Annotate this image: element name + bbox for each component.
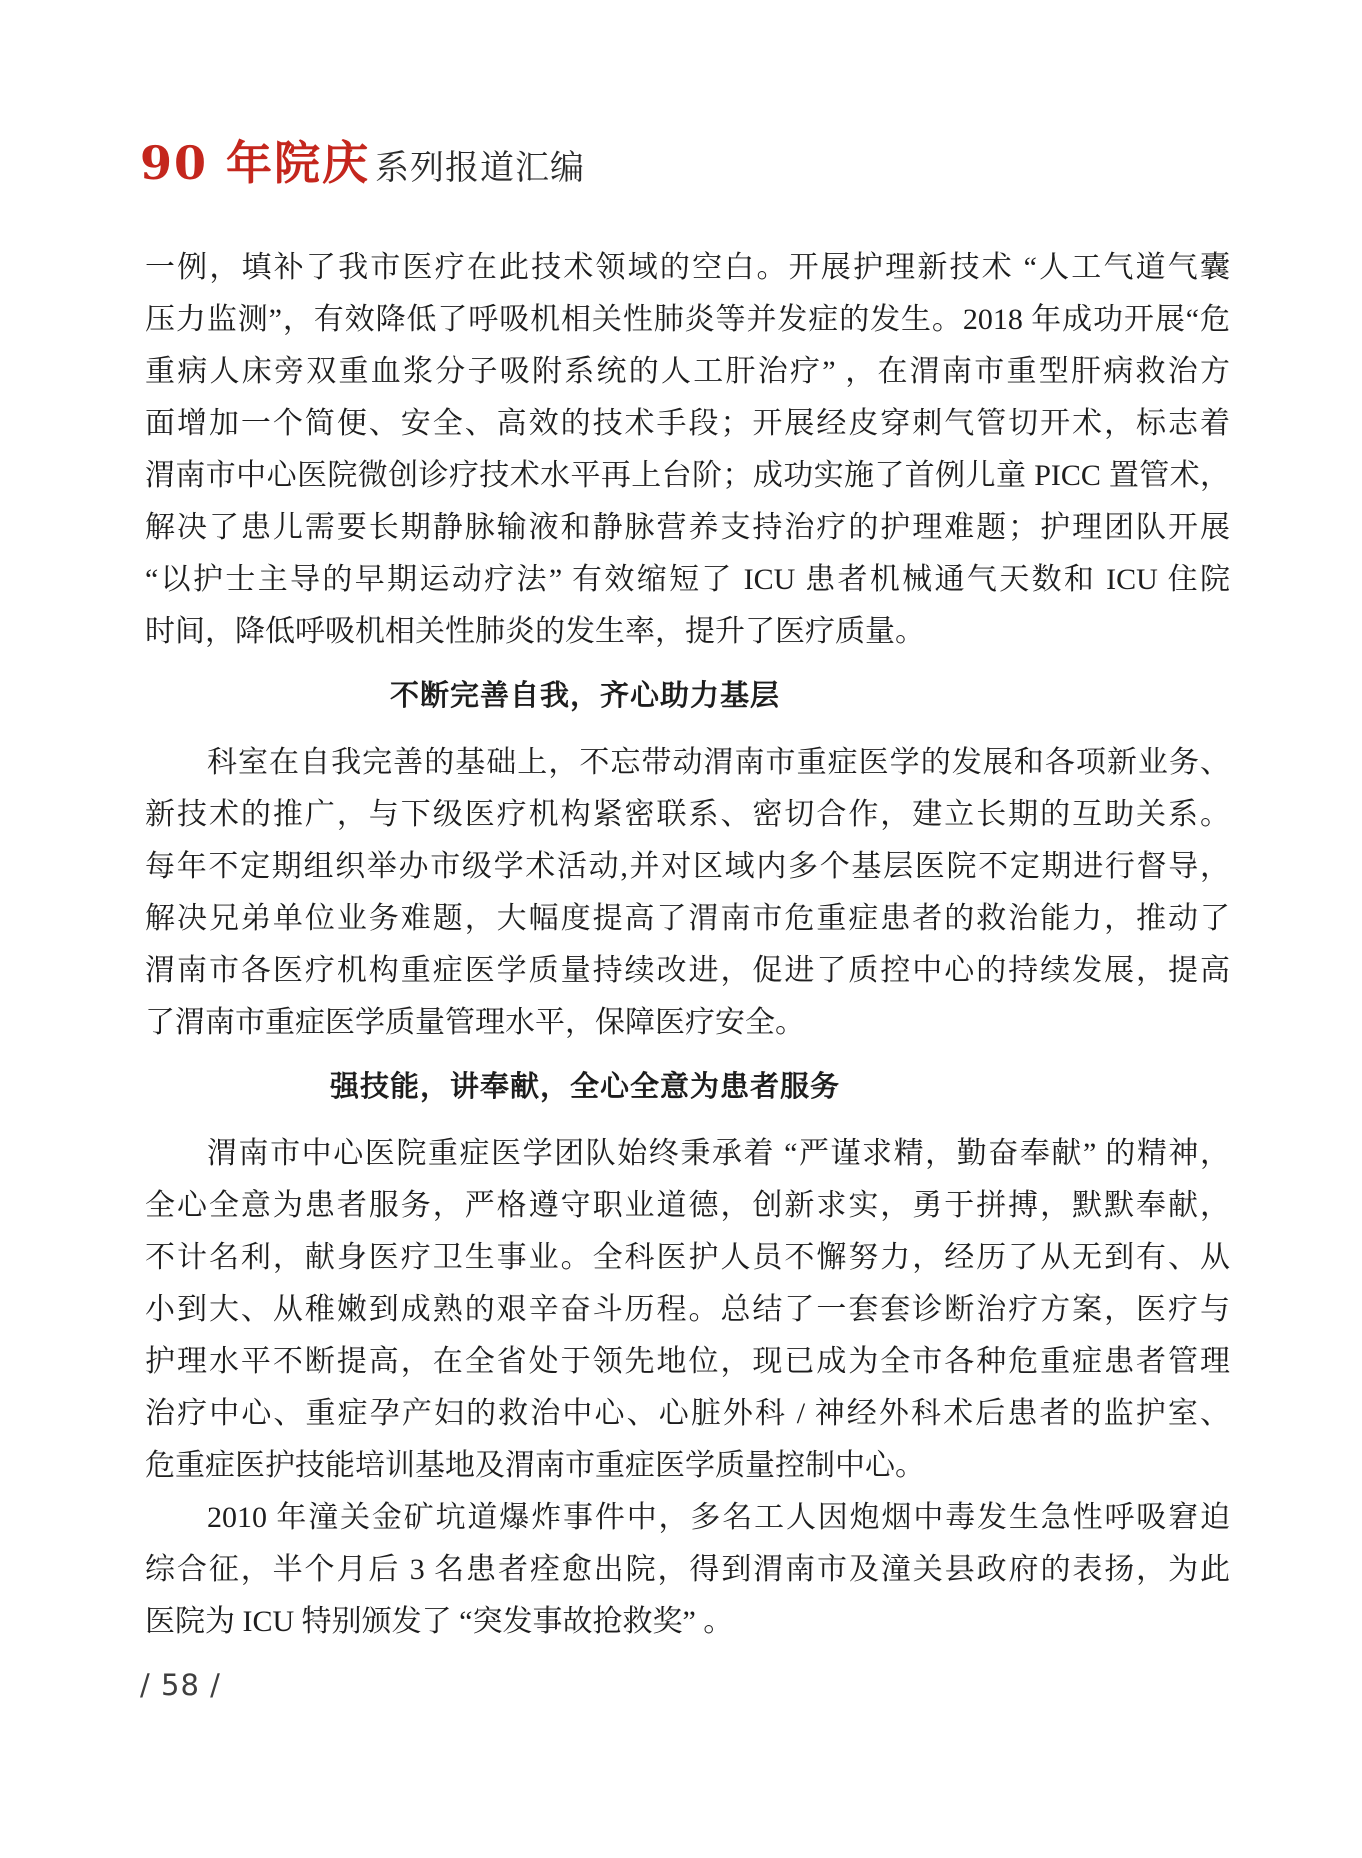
document-page: 90 年院庆 系列报道汇编 一例，填补了我市医疗在此技术领域的空白。开展护理新技…: [0, 0, 1362, 1858]
text-line: 综合征，半个月后 3 名患者痊愈出院，得到渭南市及潼关县政府的表扬，为此: [145, 1544, 1230, 1596]
text-line: 不计名利，献身医疗卫生事业。全科医护人员不懈努力，经历了从无到有、从: [145, 1232, 1230, 1284]
text-line: “以护士主导的早期运动疗法” 有效缩短了 ICU 患者机械通气天数和 ICU 住…: [145, 554, 1230, 606]
text-line: 危重症医护技能培训基地及渭南市重症医学质量控制中心。: [145, 1440, 1230, 1492]
anniversary-logo-text: 90 年院庆: [140, 138, 370, 189]
text-line: 护理水平不断提高，在全省处于领先地位，现已成为全市各种危重症患者管理: [145, 1336, 1230, 1388]
section-heading: 不断完善自我，齐心助力基层: [145, 670, 1025, 722]
article-body: 一例，填补了我市医疗在此技术领域的空白。开展护理新技术 “人工气道气囊压力监测”…: [145, 242, 1230, 1648]
page-header: 90 年院庆 系列报道汇编: [140, 138, 585, 189]
paragraph: 渭南市中心医院重症医学团队始终秉承着 “严谨求精，勤奋奉献” 的精神，全心全意为…: [145, 1128, 1230, 1492]
text-line: 医院为 ICU 特别颁发了 “突发事故抢救奖” 。: [145, 1596, 1230, 1648]
text-line: 渭南市各医疗机构重症医学质量持续改进，促进了质控中心的持续发展，提高: [145, 945, 1230, 997]
text-line: 渭南市中心医院重症医学团队始终秉承着 “严谨求精，勤奋奉献” 的精神，: [145, 1128, 1230, 1180]
text-line: 了渭南市重症医学质量管理水平，保障医疗安全。: [145, 997, 1230, 1049]
paragraph: 科室在自我完善的基础上，不忘带动渭南市重症医学的发展和各项新业务、新技术的推广，…: [145, 737, 1230, 1049]
section-heading: 强技能，讲奉献，全心全意为患者服务: [145, 1061, 1025, 1113]
text-line: 解决兄弟单位业务难题，大幅度提高了渭南市危重症患者的救治能力，推动了: [145, 893, 1230, 945]
text-line: 面增加一个简便、安全、高效的技术手段；开展经皮穿刺气管切开术，标志着: [145, 398, 1230, 450]
text-line: 解决了患儿需要长期静脉输液和静脉营养支持治疗的护理难题；护理团队开展: [145, 502, 1230, 554]
text-line: 每年不定期组织举办市级学术活动,并对区域内多个基层医院不定期进行督导，: [145, 841, 1230, 893]
text-line: 压力监测”，有效降低了呼吸机相关性肺炎等并发症的发生。2018 年成功开展“危: [145, 294, 1230, 346]
page-number: / 58 /: [140, 1668, 221, 1702]
series-title: 系列报道汇编: [375, 140, 585, 189]
text-line: 科室在自我完善的基础上，不忘带动渭南市重症医学的发展和各项新业务、: [145, 737, 1230, 789]
text-line: 时间，降低呼吸机相关性肺炎的发生率，提升了医疗质量。: [145, 606, 1230, 658]
text-line: 小到大、从稚嫩到成熟的艰辛奋斗历程。总结了一套套诊断治疗方案，医疗与: [145, 1284, 1230, 1336]
paragraph: 一例，填补了我市医疗在此技术领域的空白。开展护理新技术 “人工气道气囊压力监测”…: [145, 242, 1230, 658]
paragraph: 2010 年潼关金矿坑道爆炸事件中，多名工人因炮烟中毒发生急性呼吸窘迫综合征，半…: [145, 1492, 1230, 1648]
text-line: 全心全意为患者服务，严格遵守职业道德，创新求实，勇于拼搏，默默奉献，: [145, 1180, 1230, 1232]
text-line: 治疗中心、重症孕产妇的救治中心、心脏外科 / 神经外科术后患者的监护室、: [145, 1388, 1230, 1440]
text-line: 新技术的推广，与下级医疗机构紧密联系、密切合作，建立长期的互助关系。: [145, 789, 1230, 841]
text-line: 一例，填补了我市医疗在此技术领域的空白。开展护理新技术 “人工气道气囊: [145, 242, 1230, 294]
page-footer: / 58 /: [140, 1668, 221, 1702]
text-line: 重病人床旁双重血浆分子吸附系统的人工肝治疗” ，在渭南市重型肝病救治方: [145, 346, 1230, 398]
text-line: 渭南市中心医院微创诊疗技术水平再上台阶；成功实施了首例儿童 PICC 置管术，: [145, 450, 1230, 502]
text-line: 2010 年潼关金矿坑道爆炸事件中，多名工人因炮烟中毒发生急性呼吸窘迫: [145, 1492, 1230, 1544]
